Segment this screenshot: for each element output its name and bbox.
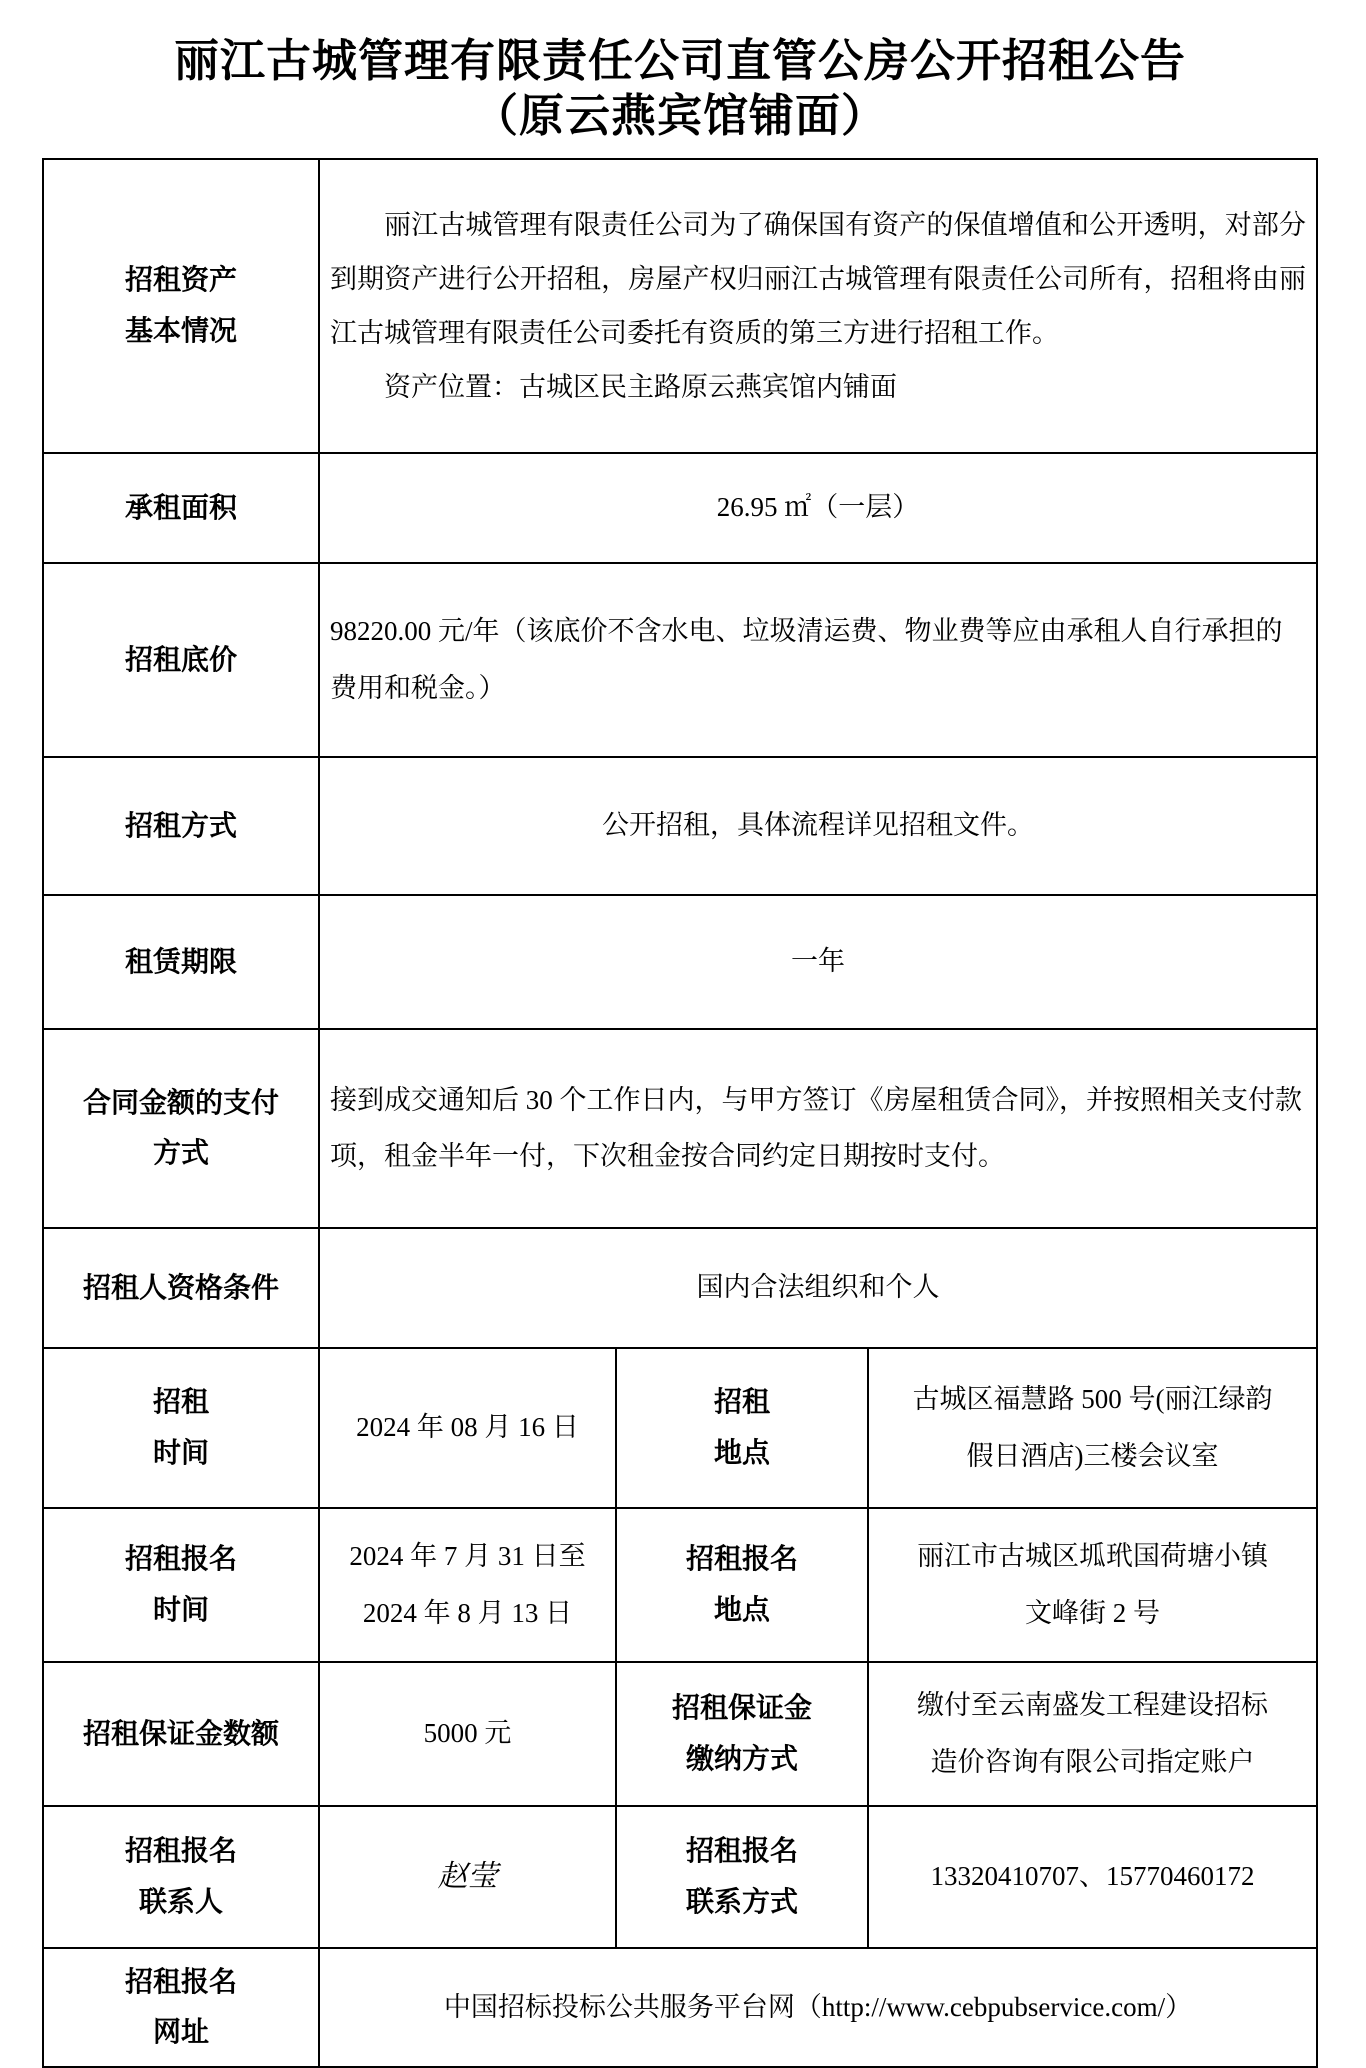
asset-info-label: 招租资产 基本情况 xyxy=(43,159,319,453)
lease-term-value: 一年 xyxy=(319,895,1317,1029)
rental-method-value: 公开招租，具体流程详见招租文件。 xyxy=(319,757,1317,895)
row-rental-area: 承租面积 26.95 ㎡（一层） xyxy=(43,453,1317,563)
deposit-amount-label: 招租保证金数额 xyxy=(43,1662,319,1806)
contact-phone-value: 13320410707、15770460172 xyxy=(868,1806,1317,1948)
row-contact: 招租报名 联系人 赵莹 招租报名 联系方式 13320410707、157704… xyxy=(43,1806,1317,1948)
lease-term-label: 租赁期限 xyxy=(43,895,319,1029)
rental-method-label: 招租方式 xyxy=(43,757,319,895)
row-qualification: 招租人资格条件 国内合法组织和个人 xyxy=(43,1228,1317,1348)
base-price-value: 98220.00 元/年（该底价不含水电、垃圾清运费、物业费等应由承租人自行承担… xyxy=(319,563,1317,757)
registration-time-label: 招租报名 时间 xyxy=(43,1508,319,1662)
website-value: 中国招标投标公共服务平台网（http://www.cebpubservice.c… xyxy=(319,1948,1317,2067)
rental-place-label: 招租 地点 xyxy=(616,1348,868,1508)
payment-method-value: 接到成交通知后 30 个工作日内，与甲方签订《房屋租赁合同》，并按照相关支付款项… xyxy=(319,1029,1317,1228)
registration-place-value: 丽江市古城区坬玳国荷塘小镇 文峰街 2 号 xyxy=(868,1508,1317,1662)
row-base-price: 招租底价 98220.00 元/年（该底价不含水电、垃圾清运费、物业费等应由承租… xyxy=(43,563,1317,757)
page-title-line1: 丽江古城管理有限责任公司直管公房公开招租公告 xyxy=(42,34,1318,89)
website-label: 招租报名 网址 xyxy=(43,1948,319,2067)
base-price-label: 招租底价 xyxy=(43,563,319,757)
row-rental-time-place: 招租 时间 2024 年 08 月 16 日 招租 地点 古城区福慧路 500 … xyxy=(43,1348,1317,1508)
rental-time-value: 2024 年 08 月 16 日 xyxy=(319,1348,616,1508)
page-title: 丽江古城管理有限责任公司直管公房公开招租公告 （原云燕宾馆铺面） xyxy=(42,34,1318,144)
deposit-payment-label: 招租保证金 缴纳方式 xyxy=(616,1662,868,1806)
qualification-label: 招租人资格条件 xyxy=(43,1228,319,1348)
rental-place-value: 古城区福慧路 500 号(丽江绿韵 假日酒店)三楼会议室 xyxy=(868,1348,1317,1508)
row-lease-term: 租赁期限 一年 xyxy=(43,895,1317,1029)
rental-area-value: 26.95 ㎡（一层） xyxy=(319,453,1317,563)
payment-method-label: 合同金额的支付 方式 xyxy=(43,1029,319,1228)
row-asset-info: 招租资产 基本情况 丽江古城管理有限责任公司为了确保国有资产的保值增值和公开透明… xyxy=(43,159,1317,453)
registration-time-value: 2024 年 7 月 31 日至 2024 年 8 月 13 日 xyxy=(319,1508,616,1662)
announcement-table: 招租资产 基本情况 丽江古城管理有限责任公司为了确保国有资产的保值增值和公开透明… xyxy=(42,158,1318,2068)
row-website: 招租报名 网址 中国招标投标公共服务平台网（http://www.cebpubs… xyxy=(43,1948,1317,2067)
asset-info-intro: 丽江古城管理有限责任公司为了确保国有资产的保值增值和公开透明，对部分到期资产进行… xyxy=(330,198,1306,360)
rental-time-label: 招租 时间 xyxy=(43,1348,319,1508)
qualification-value: 国内合法组织和个人 xyxy=(319,1228,1317,1348)
deposit-amount-value: 5000 元 xyxy=(319,1662,616,1806)
row-payment-method: 合同金额的支付 方式 接到成交通知后 30 个工作日内，与甲方签订《房屋租赁合同… xyxy=(43,1029,1317,1228)
row-registration-time-place: 招租报名 时间 2024 年 7 月 31 日至 2024 年 8 月 13 日… xyxy=(43,1508,1317,1662)
asset-info-location: 资产位置：古城区民主路原云燕宾馆内铺面 xyxy=(330,360,1306,414)
row-deposit: 招租保证金数额 5000 元 招租保证金 缴纳方式 缴付至云南盛发工程建设招标 … xyxy=(43,1662,1317,1806)
deposit-payment-value: 缴付至云南盛发工程建设招标 造价咨询有限公司指定账户 xyxy=(868,1662,1317,1806)
asset-info-cell: 丽江古城管理有限责任公司为了确保国有资产的保值增值和公开透明，对部分到期资产进行… xyxy=(319,159,1317,453)
announcement-document: 丽江古城管理有限责任公司直管公房公开招租公告 （原云燕宾馆铺面） 招租资产 基本… xyxy=(0,0,1366,2068)
page-title-line2: （原云燕宾馆铺面） xyxy=(42,89,1318,144)
registration-place-label: 招租报名 地点 xyxy=(616,1508,868,1662)
contact-person-label: 招租报名 联系人 xyxy=(43,1806,319,1948)
contact-person-value: 赵莹 xyxy=(319,1806,616,1948)
rental-area-label: 承租面积 xyxy=(43,453,319,563)
contact-phone-label: 招租报名 联系方式 xyxy=(616,1806,868,1948)
row-rental-method: 招租方式 公开招租，具体流程详见招租文件。 xyxy=(43,757,1317,895)
